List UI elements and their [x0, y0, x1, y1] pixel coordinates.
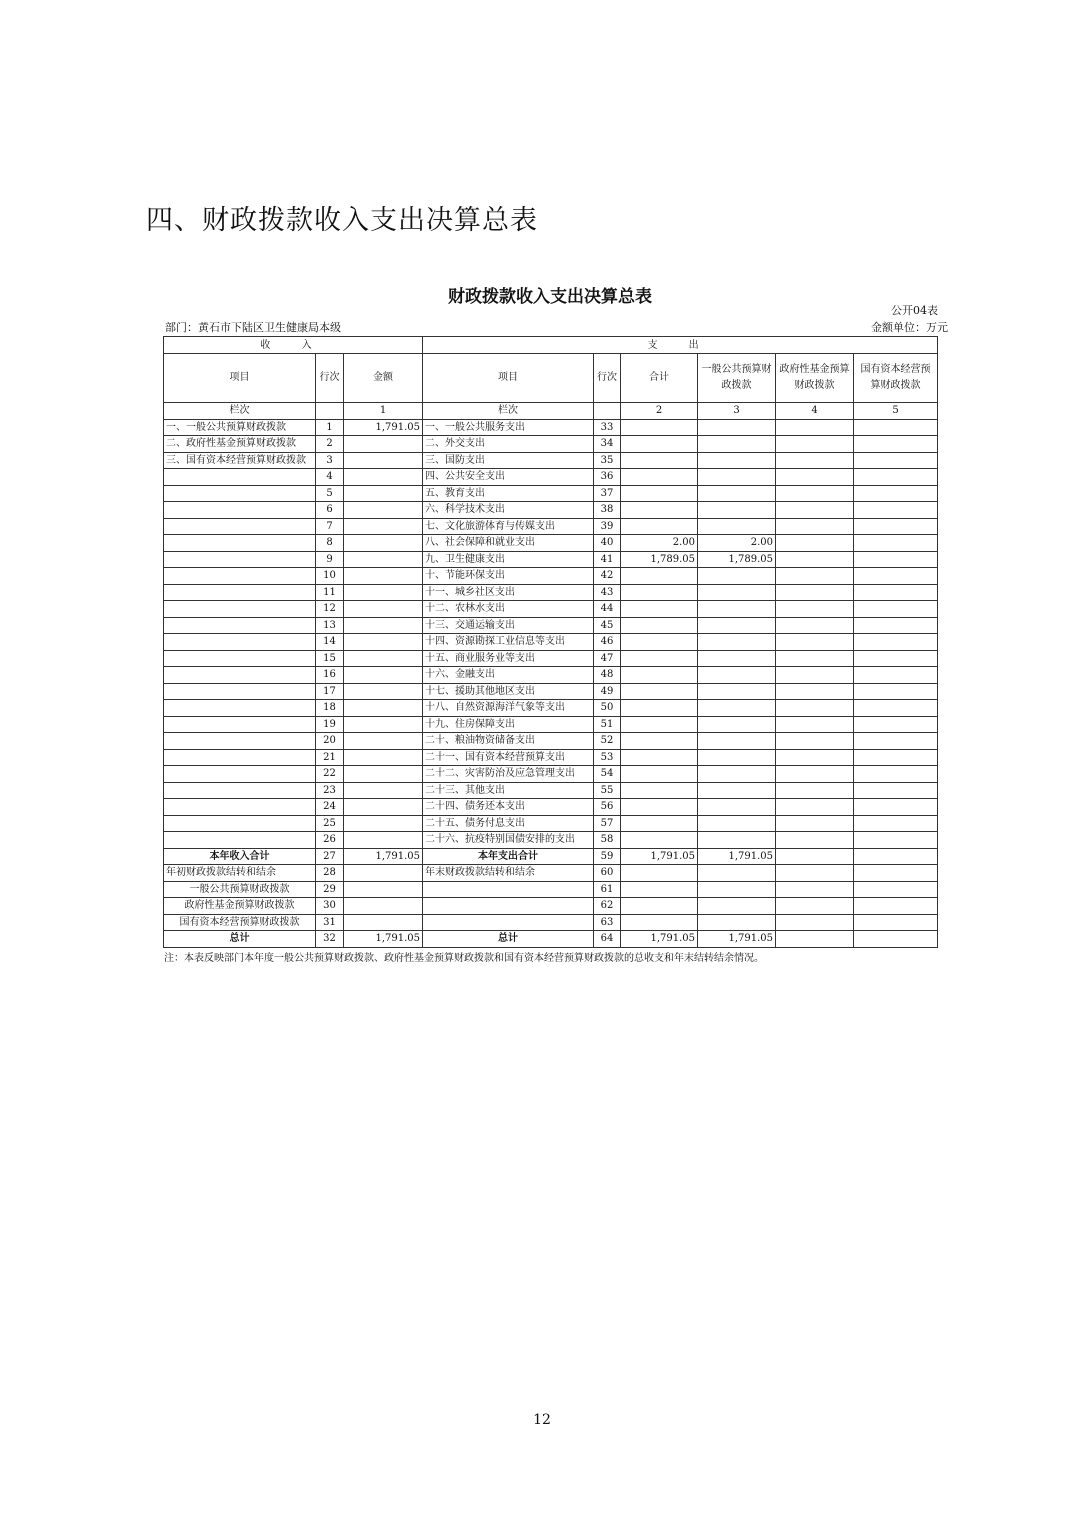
cell-total-amount [621, 766, 698, 783]
cell-general-amount [698, 502, 776, 519]
cell-state-capital-amount [854, 551, 938, 568]
cell-general-amount [698, 881, 776, 898]
cell-expense-item: 二十、粮油物资储备支出 [423, 733, 594, 750]
cell-expense-line: 52 [594, 733, 621, 750]
table-row: 20二十、粮油物资储备支出52 [164, 733, 938, 750]
cell-income-line: 29 [316, 881, 344, 898]
cell-expense-item: 八、社会保障和就业支出 [423, 535, 594, 552]
table-row: 政府性基金预算财政拨款3062 [164, 898, 938, 915]
cell-income-item [164, 749, 316, 766]
cell-general-amount [698, 766, 776, 783]
cell-expense-item: 十六、金融支出 [423, 667, 594, 684]
cell-income-line: 17 [316, 683, 344, 700]
cell-total-amount [621, 568, 698, 585]
cell-total-amount [621, 865, 698, 882]
cell-income-line: 2 [316, 436, 344, 453]
cell-income-amount [344, 617, 423, 634]
cell-expense-line: 61 [594, 881, 621, 898]
cell-income-item [164, 535, 316, 552]
cell-state-capital-amount [854, 601, 938, 618]
cell-total-amount: 1,791.05 [621, 848, 698, 865]
cell-fund-amount [776, 469, 854, 486]
cell-general-amount [698, 436, 776, 453]
cell-income-amount [344, 832, 423, 849]
cell-income-line: 4 [316, 469, 344, 486]
cell-fund-amount [776, 799, 854, 816]
cell-income-item: 一般公共预算财政拨款 [164, 881, 316, 898]
cell-expense-line: 40 [594, 535, 621, 552]
summary-row: 总计321,791.05总计641,791.051,791.05 [164, 931, 938, 948]
cell-state-capital-amount [854, 419, 938, 436]
cell-fund-amount [776, 716, 854, 733]
table-row: 19十九、住房保障支出51 [164, 716, 938, 733]
header-income-amount: 金额 [344, 354, 423, 403]
cell-general-amount: 2.00 [698, 535, 776, 552]
cell-state-capital-amount [854, 469, 938, 486]
cell-total-amount [621, 716, 698, 733]
cell-expense-line: 42 [594, 568, 621, 585]
cell-expense-item: 本年支出合计 [423, 848, 594, 865]
cell-income-line: 23 [316, 782, 344, 799]
cell-total-amount [621, 700, 698, 717]
cell-expense-item: 二十二、灾害防治及应急管理支出 [423, 766, 594, 783]
table-row: 15十五、商业服务业等支出47 [164, 650, 938, 667]
cell-income-amount [344, 518, 423, 535]
cell-income-item [164, 617, 316, 634]
cell-expense-item: 七、文化旅游体育与传媒支出 [423, 518, 594, 535]
cell-income-item [164, 799, 316, 816]
cell-state-capital-amount [854, 749, 938, 766]
table-row: 年初财政拨款结转和结余28年末财政拨款结转和结余60 [164, 865, 938, 882]
cell-fund-amount [776, 749, 854, 766]
cell-total-amount [621, 485, 698, 502]
cell-expense-line: 34 [594, 436, 621, 453]
table-row: 14十四、资源勘探工业信息等支出46 [164, 634, 938, 651]
cell-general-amount [698, 485, 776, 502]
cell-fund-amount [776, 832, 854, 849]
cell-income-line: 32 [316, 931, 344, 948]
table-row: 一、一般公共预算财政拨款11,791.05一、一般公共服务支出33 [164, 419, 938, 436]
col-index-general: 3 [698, 403, 776, 420]
cell-general-amount [698, 469, 776, 486]
cell-income-item [164, 650, 316, 667]
table-row: 4四、公共安全支出36 [164, 469, 938, 486]
cell-fund-amount [776, 551, 854, 568]
cell-expense-line: 38 [594, 502, 621, 519]
cell-general-amount [698, 733, 776, 750]
cell-general-amount: 1,791.05 [698, 848, 776, 865]
cell-expense-item: 十七、援助其他地区支出 [423, 683, 594, 700]
cell-expense-item: 十八、自然资源海洋气象等支出 [423, 700, 594, 717]
col-index-blank [316, 403, 344, 420]
cell-fund-amount [776, 452, 854, 469]
cell-fund-amount [776, 584, 854, 601]
col-index-income-amount: 1 [344, 403, 423, 420]
cell-expense-item: 十二、农林水支出 [423, 601, 594, 618]
table-row: 10十、节能环保支出42 [164, 568, 938, 585]
cell-expense-item [423, 881, 594, 898]
cell-expense-item [423, 914, 594, 931]
cell-fund-amount [776, 436, 854, 453]
cell-expense-line: 63 [594, 914, 621, 931]
cell-expense-item: 二十三、其他支出 [423, 782, 594, 799]
cell-expense-item: 十五、商业服务业等支出 [423, 650, 594, 667]
page-number: 12 [0, 1412, 1074, 1428]
cell-general-amount [698, 815, 776, 832]
cell-income-amount [344, 914, 423, 931]
cell-total-amount: 2.00 [621, 535, 698, 552]
cell-expense-line: 51 [594, 716, 621, 733]
cell-income-line: 27 [316, 848, 344, 865]
cell-income-line: 11 [316, 584, 344, 601]
cell-fund-amount [776, 485, 854, 502]
cell-expense-item: 二、外交支出 [423, 436, 594, 453]
cell-fund-amount [776, 815, 854, 832]
cell-fund-amount [776, 700, 854, 717]
cell-expense-line: 58 [594, 832, 621, 849]
header-state-capital: 国有资本经营预算财政拨款 [854, 354, 938, 403]
cell-state-capital-amount [854, 832, 938, 849]
cell-income-amount [344, 436, 423, 453]
header-income-line: 行次 [316, 354, 344, 403]
cell-income-amount [344, 650, 423, 667]
cell-expense-item: 六、科学技术支出 [423, 502, 594, 519]
cell-total-amount [621, 650, 698, 667]
cell-general-amount [698, 865, 776, 882]
cell-expense-line: 53 [594, 749, 621, 766]
cell-total-amount [621, 584, 698, 601]
cell-income-item [164, 518, 316, 535]
cell-general-amount [698, 650, 776, 667]
cell-income-item [164, 700, 316, 717]
cell-expense-line: 59 [594, 848, 621, 865]
cell-expense-item: 四、公共安全支出 [423, 469, 594, 486]
cell-expense-line: 56 [594, 799, 621, 816]
cell-expense-line: 44 [594, 601, 621, 618]
cell-fund-amount [776, 650, 854, 667]
cell-expense-item: 二十四、债务还本支出 [423, 799, 594, 816]
cell-total-amount: 1,789.05 [621, 551, 698, 568]
table-row: 12十二、农林水支出44 [164, 601, 938, 618]
cell-fund-amount [776, 667, 854, 684]
cell-income-amount [344, 865, 423, 882]
department-label: 部门：黄石市下陆区卫生健康局本级 [165, 319, 341, 335]
cell-fund-amount [776, 766, 854, 783]
cell-total-amount [621, 436, 698, 453]
cell-expense-item: 二十五、债务付息支出 [423, 815, 594, 832]
cell-income-amount [344, 766, 423, 783]
col-index-expense-label: 栏次 [423, 403, 594, 420]
cell-state-capital-amount [854, 881, 938, 898]
cell-total-amount [621, 469, 698, 486]
cell-total-amount: 1,791.05 [621, 931, 698, 948]
cell-income-item [164, 667, 316, 684]
cell-income-item: 总计 [164, 931, 316, 948]
cell-total-amount [621, 419, 698, 436]
cell-income-amount [344, 733, 423, 750]
cell-general-amount [698, 419, 776, 436]
cell-total-amount [621, 518, 698, 535]
table-row: 国有资本经营预算财政拨款3163 [164, 914, 938, 931]
cell-total-amount [621, 601, 698, 618]
cell-income-line: 10 [316, 568, 344, 585]
table-row: 二、政府性基金预算财政拨款2二、外交支出34 [164, 436, 938, 453]
table-row: 13十三、交通运输支出45 [164, 617, 938, 634]
cell-income-line: 5 [316, 485, 344, 502]
cell-income-line: 7 [316, 518, 344, 535]
cell-income-item [164, 469, 316, 486]
cell-expense-line: 41 [594, 551, 621, 568]
cell-income-line: 21 [316, 749, 344, 766]
cell-total-amount [621, 815, 698, 832]
cell-income-item [164, 584, 316, 601]
cell-expense-line: 57 [594, 815, 621, 832]
cell-expense-item: 二十六、抗疫特别国债安排的支出 [423, 832, 594, 849]
cell-income-amount [344, 898, 423, 915]
cell-income-line: 1 [316, 419, 344, 436]
cell-income-amount [344, 716, 423, 733]
col-index-fund: 4 [776, 403, 854, 420]
header-expense-item: 项目 [423, 354, 594, 403]
cell-income-line: 12 [316, 601, 344, 618]
table-row: 5五、教育支出37 [164, 485, 938, 502]
cell-income-amount [344, 485, 423, 502]
cell-fund-amount [776, 733, 854, 750]
cell-expense-line: 54 [594, 766, 621, 783]
cell-general-amount [698, 518, 776, 535]
cell-income-amount [344, 634, 423, 651]
amount-unit-label: 金额单位：万元 [871, 319, 948, 335]
cell-fund-amount [776, 502, 854, 519]
cell-state-capital-amount [854, 865, 938, 882]
section-header-row: 收 入 支 出 [164, 337, 938, 354]
cell-expense-item: 一、一般公共服务支出 [423, 419, 594, 436]
cell-general-amount [698, 749, 776, 766]
cell-fund-amount [776, 865, 854, 882]
cell-income-amount [344, 782, 423, 799]
cell-expense-line: 49 [594, 683, 621, 700]
cell-total-amount [621, 881, 698, 898]
cell-income-line: 13 [316, 617, 344, 634]
cell-total-amount [621, 733, 698, 750]
cell-expense-item: 十三、交通运输支出 [423, 617, 594, 634]
cell-income-line: 19 [316, 716, 344, 733]
cell-expense-line: 43 [594, 584, 621, 601]
cell-income-line: 25 [316, 815, 344, 832]
cell-general-amount [698, 601, 776, 618]
cell-expense-line: 48 [594, 667, 621, 684]
cell-state-capital-amount [854, 535, 938, 552]
cell-expense-line: 47 [594, 650, 621, 667]
cell-state-capital-amount [854, 799, 938, 816]
cell-expense-item: 十一、城乡社区支出 [423, 584, 594, 601]
cell-income-item [164, 782, 316, 799]
cell-general-amount [698, 584, 776, 601]
cell-state-capital-amount [854, 584, 938, 601]
cell-total-amount [621, 617, 698, 634]
cell-income-amount: 1,791.05 [344, 931, 423, 948]
cell-income-amount [344, 700, 423, 717]
cell-income-line: 30 [316, 898, 344, 915]
table-row: 9九、卫生健康支出411,789.051,789.05 [164, 551, 938, 568]
cell-state-capital-amount [854, 683, 938, 700]
cell-general-amount [698, 898, 776, 915]
cell-fund-amount [776, 898, 854, 915]
cell-state-capital-amount [854, 700, 938, 717]
cell-general-amount [698, 667, 776, 684]
cell-expense-line: 45 [594, 617, 621, 634]
cell-state-capital-amount [854, 898, 938, 915]
cell-income-line: 20 [316, 733, 344, 750]
cell-income-amount [344, 452, 423, 469]
table-row: 16十六、金融支出48 [164, 667, 938, 684]
cell-income-amount [344, 667, 423, 684]
cell-general-amount [698, 782, 776, 799]
cell-state-capital-amount [854, 436, 938, 453]
cell-expense-line: 37 [594, 485, 621, 502]
cell-income-line: 18 [316, 700, 344, 717]
page-heading: 四、财政拨款收入支出决算总表 [146, 198, 538, 237]
cell-general-amount [698, 683, 776, 700]
cell-income-amount [344, 799, 423, 816]
cell-fund-amount [776, 535, 854, 552]
cell-fund-amount [776, 634, 854, 651]
cell-state-capital-amount [854, 848, 938, 865]
cell-general-amount [698, 700, 776, 717]
cell-income-amount [344, 683, 423, 700]
cell-total-amount [621, 832, 698, 849]
header-fund: 政府性基金预算财政拨款 [776, 354, 854, 403]
table-row: 一般公共预算财政拨款2961 [164, 881, 938, 898]
cell-expense-line: 60 [594, 865, 621, 882]
cell-fund-amount [776, 782, 854, 799]
table-row: 7七、文化旅游体育与传媒支出39 [164, 518, 938, 535]
cell-general-amount: 1,791.05 [698, 931, 776, 948]
cell-income-line: 6 [316, 502, 344, 519]
cell-expense-item: 十九、住房保障支出 [423, 716, 594, 733]
cell-general-amount [698, 799, 776, 816]
cell-fund-amount [776, 881, 854, 898]
cell-state-capital-amount [854, 568, 938, 585]
col-index-state-capital: 5 [854, 403, 938, 420]
cell-income-item: 一、一般公共预算财政拨款 [164, 419, 316, 436]
table-row: 11十一、城乡社区支出43 [164, 584, 938, 601]
cell-state-capital-amount [854, 931, 938, 948]
table-row: 17十七、援助其他地区支出49 [164, 683, 938, 700]
table-row: 18十八、自然资源海洋气象等支出50 [164, 700, 938, 717]
cell-income-item [164, 634, 316, 651]
cell-income-line: 24 [316, 799, 344, 816]
cell-expense-item: 二十一、国有资本经营预算支出 [423, 749, 594, 766]
cell-expense-line: 36 [594, 469, 621, 486]
cell-state-capital-amount [854, 502, 938, 519]
cell-expense-item: 年末财政拨款结转和结余 [423, 865, 594, 882]
table-row: 23二十三、其他支出55 [164, 782, 938, 799]
fiscal-appropriation-table: 收 入 支 出 项目 行次 金额 项目 行次 合计 一般公共预算财政拨款 政府性… [163, 336, 938, 948]
cell-income-amount [344, 469, 423, 486]
cell-income-amount [344, 815, 423, 832]
cell-state-capital-amount [854, 914, 938, 931]
cell-state-capital-amount [854, 452, 938, 469]
cell-income-item: 二、政府性基金预算财政拨款 [164, 436, 316, 453]
cell-general-amount [698, 832, 776, 849]
cell-general-amount [698, 716, 776, 733]
cell-income-item [164, 832, 316, 849]
cell-state-capital-amount [854, 617, 938, 634]
cell-total-amount [621, 782, 698, 799]
table-note: 注：本表反映部门本年度一般公共预算财政拨款、政府性基金预算财政拨款和国有资本经营… [164, 949, 764, 964]
table-row: 26二十六、抗疫特别国债安排的支出58 [164, 832, 938, 849]
cell-total-amount [621, 452, 698, 469]
header-income-item: 项目 [164, 354, 316, 403]
cell-total-amount [621, 667, 698, 684]
cell-income-line: 28 [316, 865, 344, 882]
cell-general-amount [698, 617, 776, 634]
cell-expense-item: 总计 [423, 931, 594, 948]
cell-general-amount [698, 568, 776, 585]
cell-total-amount [621, 502, 698, 519]
cell-expense-line: 33 [594, 419, 621, 436]
table-row: 三、国有资本经营预算财政拨款3三、国防支出35 [164, 452, 938, 469]
cell-income-item: 政府性基金预算财政拨款 [164, 898, 316, 915]
column-index-row: 栏次 1 栏次 2 3 4 5 [164, 403, 938, 420]
cell-state-capital-amount [854, 782, 938, 799]
cell-fund-amount [776, 931, 854, 948]
cell-income-item [164, 551, 316, 568]
col-index-income-label: 栏次 [164, 403, 316, 420]
table-row: 25二十五、债务付息支出57 [164, 815, 938, 832]
cell-income-amount [344, 601, 423, 618]
section-expense: 支 出 [423, 337, 938, 354]
cell-expense-item: 十、节能环保支出 [423, 568, 594, 585]
cell-income-line: 16 [316, 667, 344, 684]
col-index-blank [594, 403, 621, 420]
table-row: 24二十四、债务还本支出56 [164, 799, 938, 816]
cell-income-item [164, 485, 316, 502]
cell-expense-item: 十四、资源勘探工业信息等支出 [423, 634, 594, 651]
cell-state-capital-amount [854, 634, 938, 651]
cell-expense-item: 三、国防支出 [423, 452, 594, 469]
cell-expense-line: 35 [594, 452, 621, 469]
cell-income-item: 年初财政拨款结转和结余 [164, 865, 316, 882]
cell-total-amount [621, 634, 698, 651]
cell-income-amount [344, 881, 423, 898]
cell-general-amount: 1,789.05 [698, 551, 776, 568]
cell-income-item [164, 733, 316, 750]
cell-fund-amount [776, 601, 854, 618]
header-expense-line: 行次 [594, 354, 621, 403]
cell-expense-line: 50 [594, 700, 621, 717]
header-general: 一般公共预算财政拨款 [698, 354, 776, 403]
cell-expense-item: 九、卫生健康支出 [423, 551, 594, 568]
form-number: 公开04表 [891, 302, 938, 318]
cell-income-line: 8 [316, 535, 344, 552]
cell-state-capital-amount [854, 815, 938, 832]
cell-income-line: 31 [316, 914, 344, 931]
cell-income-line: 22 [316, 766, 344, 783]
cell-state-capital-amount [854, 650, 938, 667]
table-row: 21二十一、国有资本经营预算支出53 [164, 749, 938, 766]
cell-fund-amount [776, 848, 854, 865]
cell-expense-item [423, 898, 594, 915]
cell-fund-amount [776, 683, 854, 700]
col-index-total: 2 [621, 403, 698, 420]
cell-income-amount [344, 584, 423, 601]
cell-general-amount [698, 452, 776, 469]
header-total: 合计 [621, 354, 698, 403]
section-income: 收 入 [164, 337, 423, 354]
cell-fund-amount [776, 568, 854, 585]
